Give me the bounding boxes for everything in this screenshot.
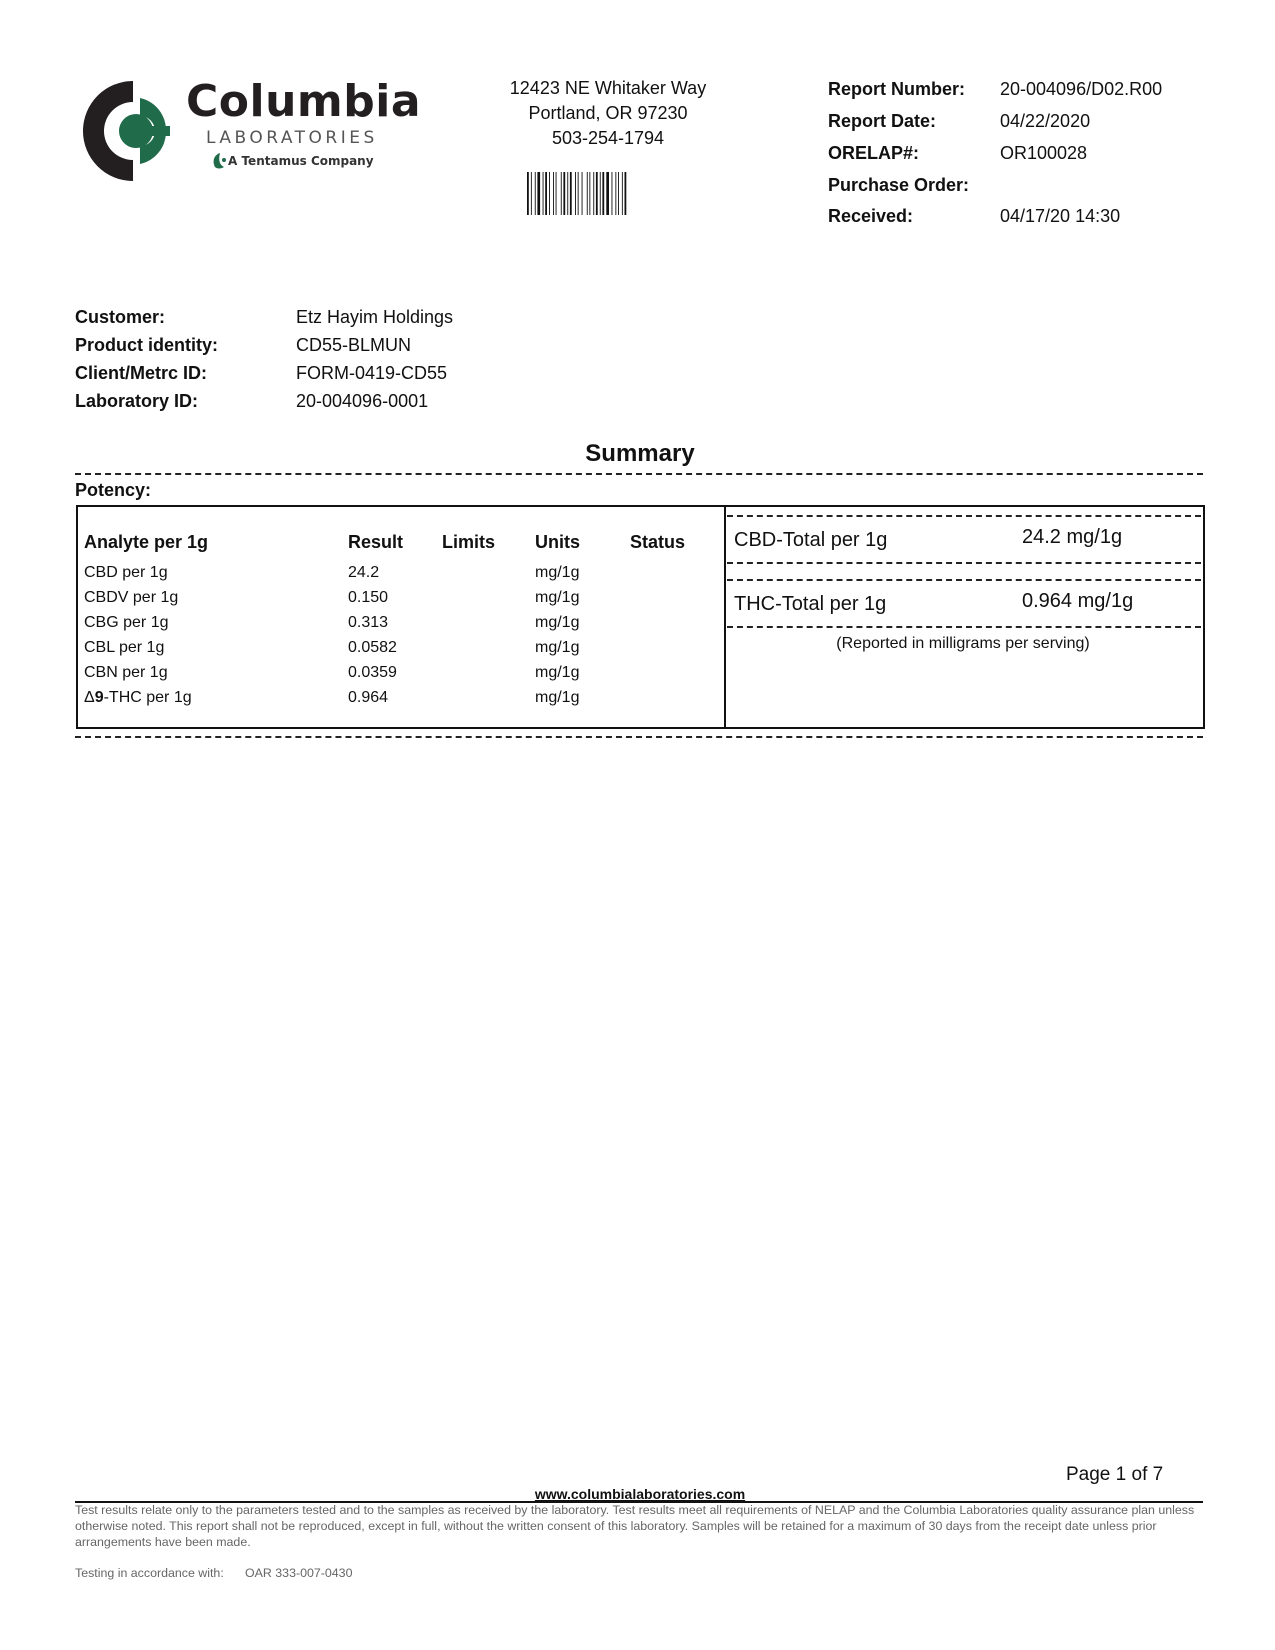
cbd-total-label: CBD-Total per 1g — [734, 529, 887, 552]
table-header-result: Result — [348, 532, 403, 553]
cbd-total-value: 24.2 mg/1g — [1022, 526, 1122, 549]
table-cell-analyte: CBD per 1g — [84, 564, 168, 582]
isomer-number: 9 — [95, 689, 104, 706]
tentamus-leaf-icon — [212, 152, 228, 170]
table-header-units: Units — [535, 532, 580, 553]
table-header-analyte: Analyte per 1g — [84, 532, 208, 553]
report-info-value: 04/22/2020 — [1000, 111, 1090, 132]
customer-info-label: Laboratory ID: — [75, 391, 198, 412]
table-cell-units: mg/1g — [535, 689, 579, 707]
divider — [727, 626, 1201, 628]
report-info-value: 04/17/20 14:30 — [1000, 206, 1120, 227]
accordance-value: OAR 333-007-0430 — [245, 1566, 352, 1580]
table-cell-analyte: CBN per 1g — [84, 664, 168, 682]
report-info-label: Report Date: — [828, 111, 936, 132]
company-logo: Columbia LABORATORIES A Tentamus Company — [78, 76, 408, 188]
report-info-label: ORELAP#: — [828, 143, 919, 164]
address-phone: 503-254-1794 — [460, 126, 756, 151]
lab-address: 12423 NE Whitaker Way Portland, OR 97230… — [460, 76, 756, 151]
table-cell-result: 24.2 — [348, 564, 379, 582]
reported-note: (Reported in milligrams per serving) — [726, 635, 1200, 653]
delta-symbol: Δ — [84, 689, 95, 706]
potency-label: Potency: — [75, 480, 151, 501]
address-street: 12423 NE Whitaker Way — [460, 76, 756, 101]
thc-total-label: THC-Total per 1g — [734, 593, 886, 616]
analyte-name: -THC per 1g — [104, 689, 192, 706]
divider — [727, 515, 1201, 517]
logo-subtitle: LABORATORIES — [206, 128, 378, 148]
report-info-label: Purchase Order: — [828, 175, 969, 196]
box-divider — [724, 505, 726, 727]
disclaimer-text: Test results relate only to the paramete… — [75, 1502, 1205, 1550]
table-cell-result: 0.0582 — [348, 639, 397, 657]
table-cell-analyte: Δ9-THC per 1g — [84, 689, 192, 707]
table-cell-analyte: CBL per 1g — [84, 639, 164, 657]
customer-info-value: 20-004096-0001 — [296, 391, 428, 412]
table-cell-analyte: CBG per 1g — [84, 614, 168, 632]
table-cell-result: 0.150 — [348, 589, 388, 607]
table-cell-units: mg/1g — [535, 664, 579, 682]
table-cell-result: 0.0359 — [348, 664, 397, 682]
barcode-icon — [527, 172, 669, 215]
report-info-label: Report Number: — [828, 79, 965, 100]
table-header-status: Status — [630, 532, 685, 553]
report-info-value: 20-004096/D02.R00 — [1000, 79, 1162, 100]
customer-info-value: Etz Hayim Holdings — [296, 307, 453, 328]
table-cell-result: 0.964 — [348, 689, 388, 707]
accordance-label: Testing in accordance with: — [75, 1566, 224, 1580]
divider — [75, 473, 1203, 475]
summary-title: Summary — [0, 440, 1275, 468]
divider — [75, 736, 1203, 738]
table-header-limits: Limits — [442, 532, 495, 553]
columbia-c-icon — [78, 76, 188, 186]
table-cell-units: mg/1g — [535, 614, 579, 632]
divider — [727, 579, 1201, 581]
table-cell-result: 0.313 — [348, 614, 388, 632]
customer-info-label: Client/Metrc ID: — [75, 363, 207, 384]
logo-tagline: A Tentamus Company — [228, 154, 374, 168]
table-cell-units: mg/1g — [535, 589, 579, 607]
report-info-value: OR100028 — [1000, 143, 1087, 164]
thc-total-value: 0.964 mg/1g — [1022, 590, 1133, 613]
table-cell-analyte: CBDV per 1g — [84, 589, 178, 607]
page-number: Page 1 of 7 — [1066, 1464, 1163, 1486]
table-cell-units: mg/1g — [535, 639, 579, 657]
website-link[interactable]: www.columbialaboratories.com — [0, 1486, 1275, 1502]
address-city: Portland, OR 97230 — [460, 101, 756, 126]
customer-info-label: Customer: — [75, 307, 165, 328]
table-cell-units: mg/1g — [535, 564, 579, 582]
customer-info-value: FORM-0419-CD55 — [296, 363, 447, 384]
customer-info-value: CD55-BLMUN — [296, 335, 411, 356]
logo-wordmark: Columbia — [186, 76, 421, 127]
customer-info-label: Product identity: — [75, 335, 218, 356]
report-info-label: Received: — [828, 206, 913, 227]
divider — [727, 562, 1201, 564]
